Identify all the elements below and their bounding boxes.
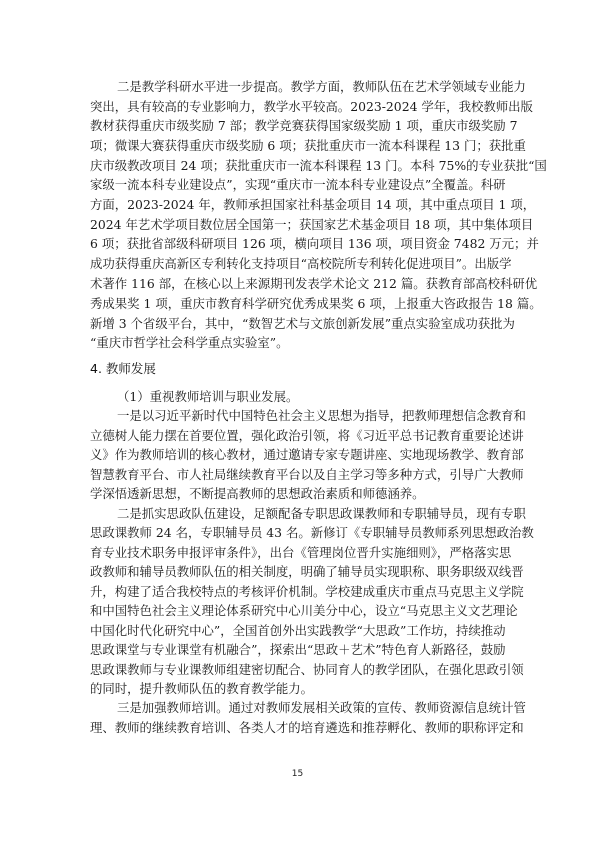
page-number: 15 bbox=[0, 769, 595, 779]
text-line: 立德树人能力摆在首要位置，强化政治引领，将《习近平总书记教育重要论述讲 bbox=[90, 428, 504, 444]
document-page: 二是教学科研水平进一步提高。教学方面，教师队伍在艺术学领域专业能力 突出，具有较… bbox=[0, 0, 595, 842]
text-line: 家级一流本科专业建设点”，实现“重庆市一流本科专业建设点”全覆盖。科研 bbox=[90, 177, 504, 193]
text-line: 秀成果奖 1 项，重庆市教育科学研究优秀成果奖 6 项，上报重大咨政报告 18 … bbox=[90, 296, 504, 312]
text-line: 义》作为教师培训的核心教材，通过邀请专家专题讲座、实地现场教学、教育部 bbox=[90, 447, 504, 463]
text-line: 庆市级教改项目 24 项；获批重庆市一流本科课程 13 门。本科 75%的专业获… bbox=[90, 158, 504, 174]
section-heading: 4. 教师发展 bbox=[90, 361, 156, 377]
text-line: 二是抓实思政队伍建设，足额配备专职思政课教师和专职辅导员，现有专职 bbox=[117, 506, 504, 522]
text-line: 突出，具有较高的专业影响力，教学水平较高。2023-2024 学年，我校教师出版 bbox=[90, 99, 504, 115]
text-line: 智慧教育平台、市人社局继续教育平台以及自主学习等多种方式，引导广大教师 bbox=[90, 467, 504, 483]
text-line: 成功获得重庆高新区专利转化支持项目“高校院所专利转化促进项目”。出版学 bbox=[90, 256, 504, 272]
text-line: 和中国特色社会主义理论体系研究中心川美分中心，设立“马克思主义文艺理论 bbox=[90, 603, 504, 619]
text-line: 6 项；获批省部级科研项目 126 项，横向项目 136 项，项目资金 7482… bbox=[90, 236, 504, 252]
text-line: 政教师和辅导员教师队伍的相关制度，明确了辅导员实现职称、职务职级双线晋 bbox=[90, 564, 504, 580]
text-line: 育专业技术职务申报评审条件》，出台《管理岗位晋升实施细则》，严格落实思 bbox=[90, 545, 504, 561]
text-line: 中国化时代化研究中心”，全国首创外出实践教学“大思政”工作坊，持续推动 bbox=[90, 623, 504, 639]
text-line: 升，构建了适合我校特点的考核评价机制。学校建成重庆市重点马克思主义学院 bbox=[90, 584, 504, 600]
text-line: 项；微课大赛获得重庆市级奖励 6 项；获批重庆市一流本科课程 13 门；获批重 bbox=[90, 138, 504, 154]
subheading: （1）重视教师培训与职业发展。 bbox=[117, 389, 504, 405]
text-line: 思政课教师与专业课教师组建密切配合、协同育人的教学团队，在强化思政引领 bbox=[90, 662, 504, 678]
text-line: 学深悟透新思想，不断提高教师的思想政治素质和师德涵养。 bbox=[90, 486, 504, 502]
text-line: 思政课教师 24 名，专职辅导员 43 名。新修订《专职辅导员教师系列思想政治教 bbox=[90, 525, 504, 541]
text-line: 术著作 116 部，在核心以上来源期刊发表学术论文 212 篇。获教育部高校科研… bbox=[90, 276, 504, 292]
text-line: 一是以习近平新时代中国特色社会主义思想为指导，把教师理想信念教育和 bbox=[117, 408, 504, 424]
text-line: “重庆市哲学社会科学重点实验室”。 bbox=[90, 335, 504, 351]
text-line: 理、教师的继续教育培训、各类人才的培育遴选和推荐孵化、教师的职称评定和 bbox=[90, 720, 504, 736]
text-line: 方面，2023-2024 年，教师承担国家社科基金项目 14 项，其中重点项目 … bbox=[90, 197, 504, 213]
text-line: 思政课堂与专业课堂有机融合”，探索出“思政＋艺术”特色育人新路径，鼓励 bbox=[90, 642, 504, 658]
text-line: 新增 3 个省级平台，其中，“数智艺术与文旅创新发展”重点实验室成功获批为 bbox=[90, 316, 504, 332]
text-line: 三是加强教师培训。通过对教师发展相关政策的宣传、教师资源信息统计管 bbox=[117, 700, 504, 716]
text-line: 2024 年艺术学项目数位居全国第一；获国家艺术基金项目 18 项，其中集体项目 bbox=[90, 217, 504, 233]
text-line: 的同时，提升教师队伍的教育教学能力。 bbox=[90, 681, 504, 697]
text-line: 教材获得重庆市级奖励 7 部；教学竞赛获得国家级奖励 1 项，重庆市级奖励 7 bbox=[90, 118, 504, 134]
text-line: 二是教学科研水平进一步提高。教学方面，教师队伍在艺术学领域专业能力 bbox=[117, 79, 504, 95]
